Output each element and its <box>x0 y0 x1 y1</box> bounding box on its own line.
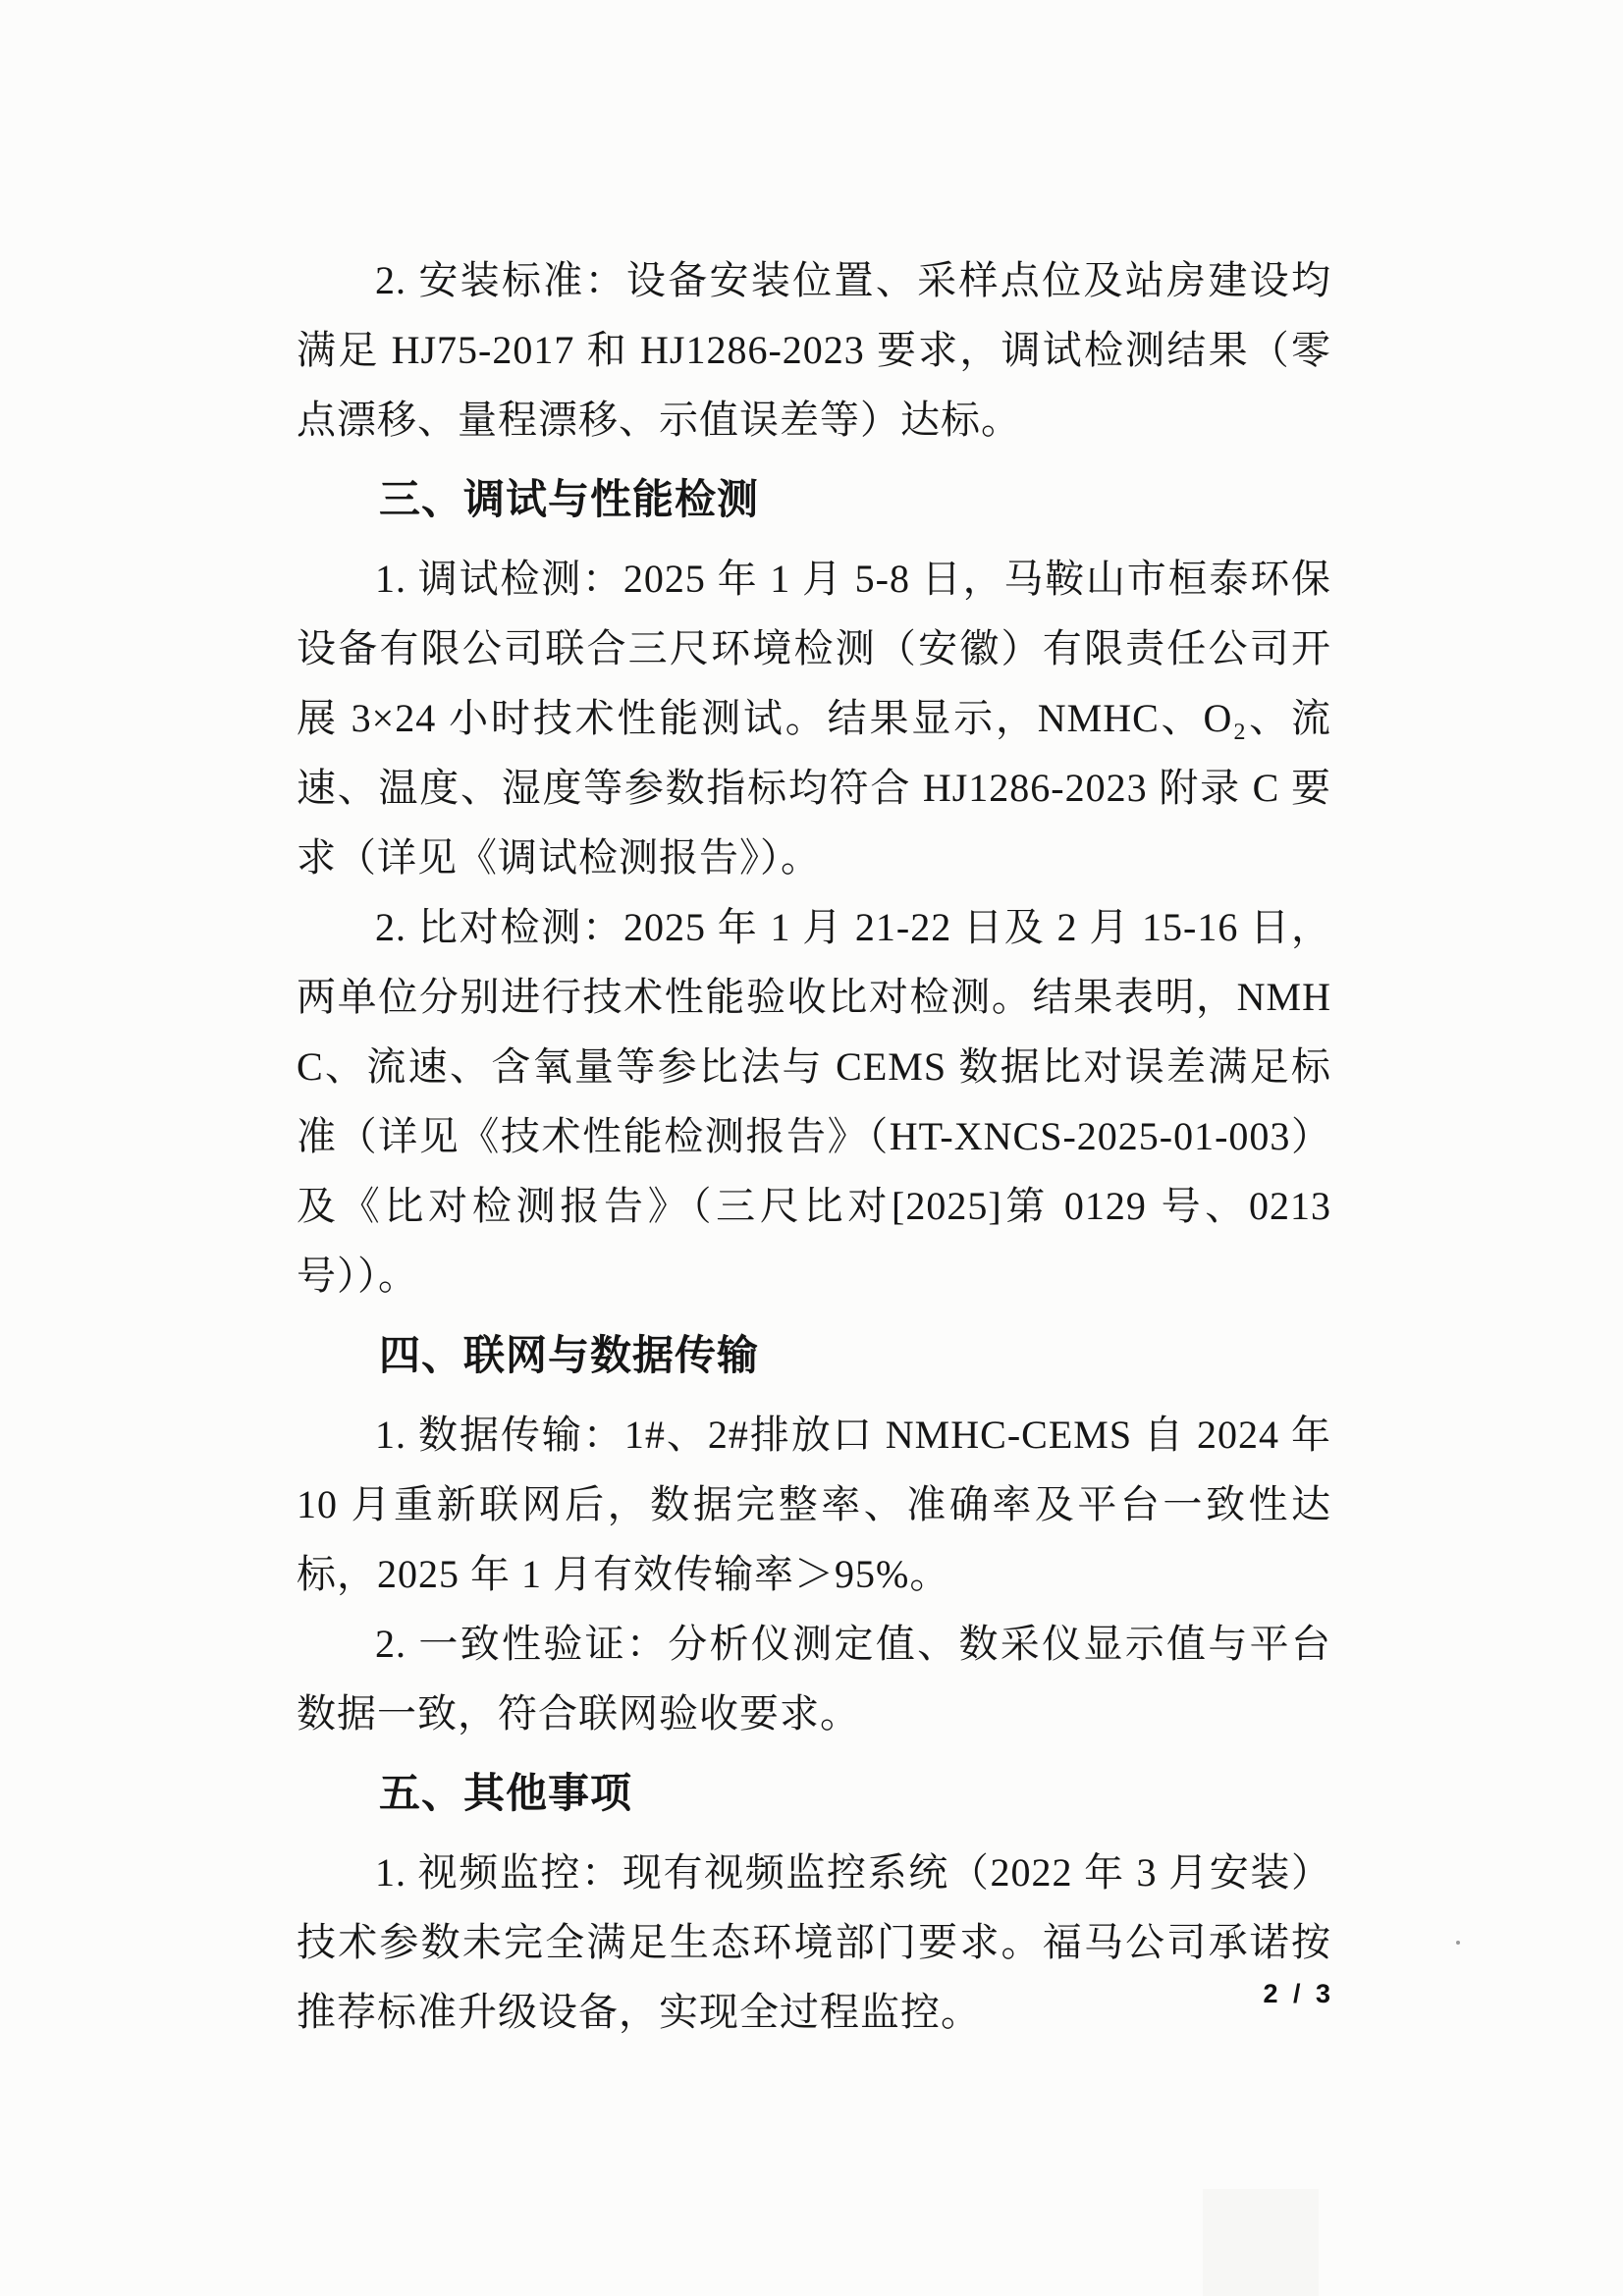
scan-shadow-artifact <box>1203 2189 1319 2296</box>
body-paragraph-commissioning-test: 1. 调试检测：2025 年 1 月 5-8 日，马鞍山市桓泰环保设备有限公司联… <box>297 544 1331 892</box>
section-heading-networking: 四、联网与数据传输 <box>297 1320 1331 1390</box>
section-heading-commissioning: 三、调试与性能检测 <box>297 464 1331 534</box>
scanned-document-page: 2. 安装标准：设备安装位置、采样点位及站房建设均满足 HJ75-2017 和 … <box>0 0 1623 2296</box>
body-paragraph-data-transmission: 1. 数据传输：1#、2#排放口 NMHC-CEMS 自 2024 年 10 月… <box>297 1400 1331 1609</box>
body-paragraph-consistency-check: 2. 一致性验证：分析仪测定值、数采仪显示值与平台数据一致，符合联网验收要求。 <box>297 1609 1331 1748</box>
body-paragraph-installation-standard: 2. 安装标准：设备安装位置、采样点位及站房建设均满足 HJ75-2017 和 … <box>297 245 1331 454</box>
document-body: 2. 安装标准：设备安装位置、采样点位及站房建设均满足 HJ75-2017 和 … <box>297 245 1331 2047</box>
body-paragraph-comparison-test: 2. 比对检测：2025 年 1 月 21-22 日及 2 月 15-16 日，… <box>297 892 1331 1310</box>
section-heading-other-matters: 五、其他事项 <box>297 1758 1331 1828</box>
scan-speck-artifact <box>1456 1941 1460 1945</box>
page-number: 2 / 3 <box>1263 1979 1334 2009</box>
body-paragraph-video-monitoring: 1. 视频监控：现有视频监控系统（2022 年 3 月安装）技术参数未完全满足生… <box>297 1838 1331 2047</box>
